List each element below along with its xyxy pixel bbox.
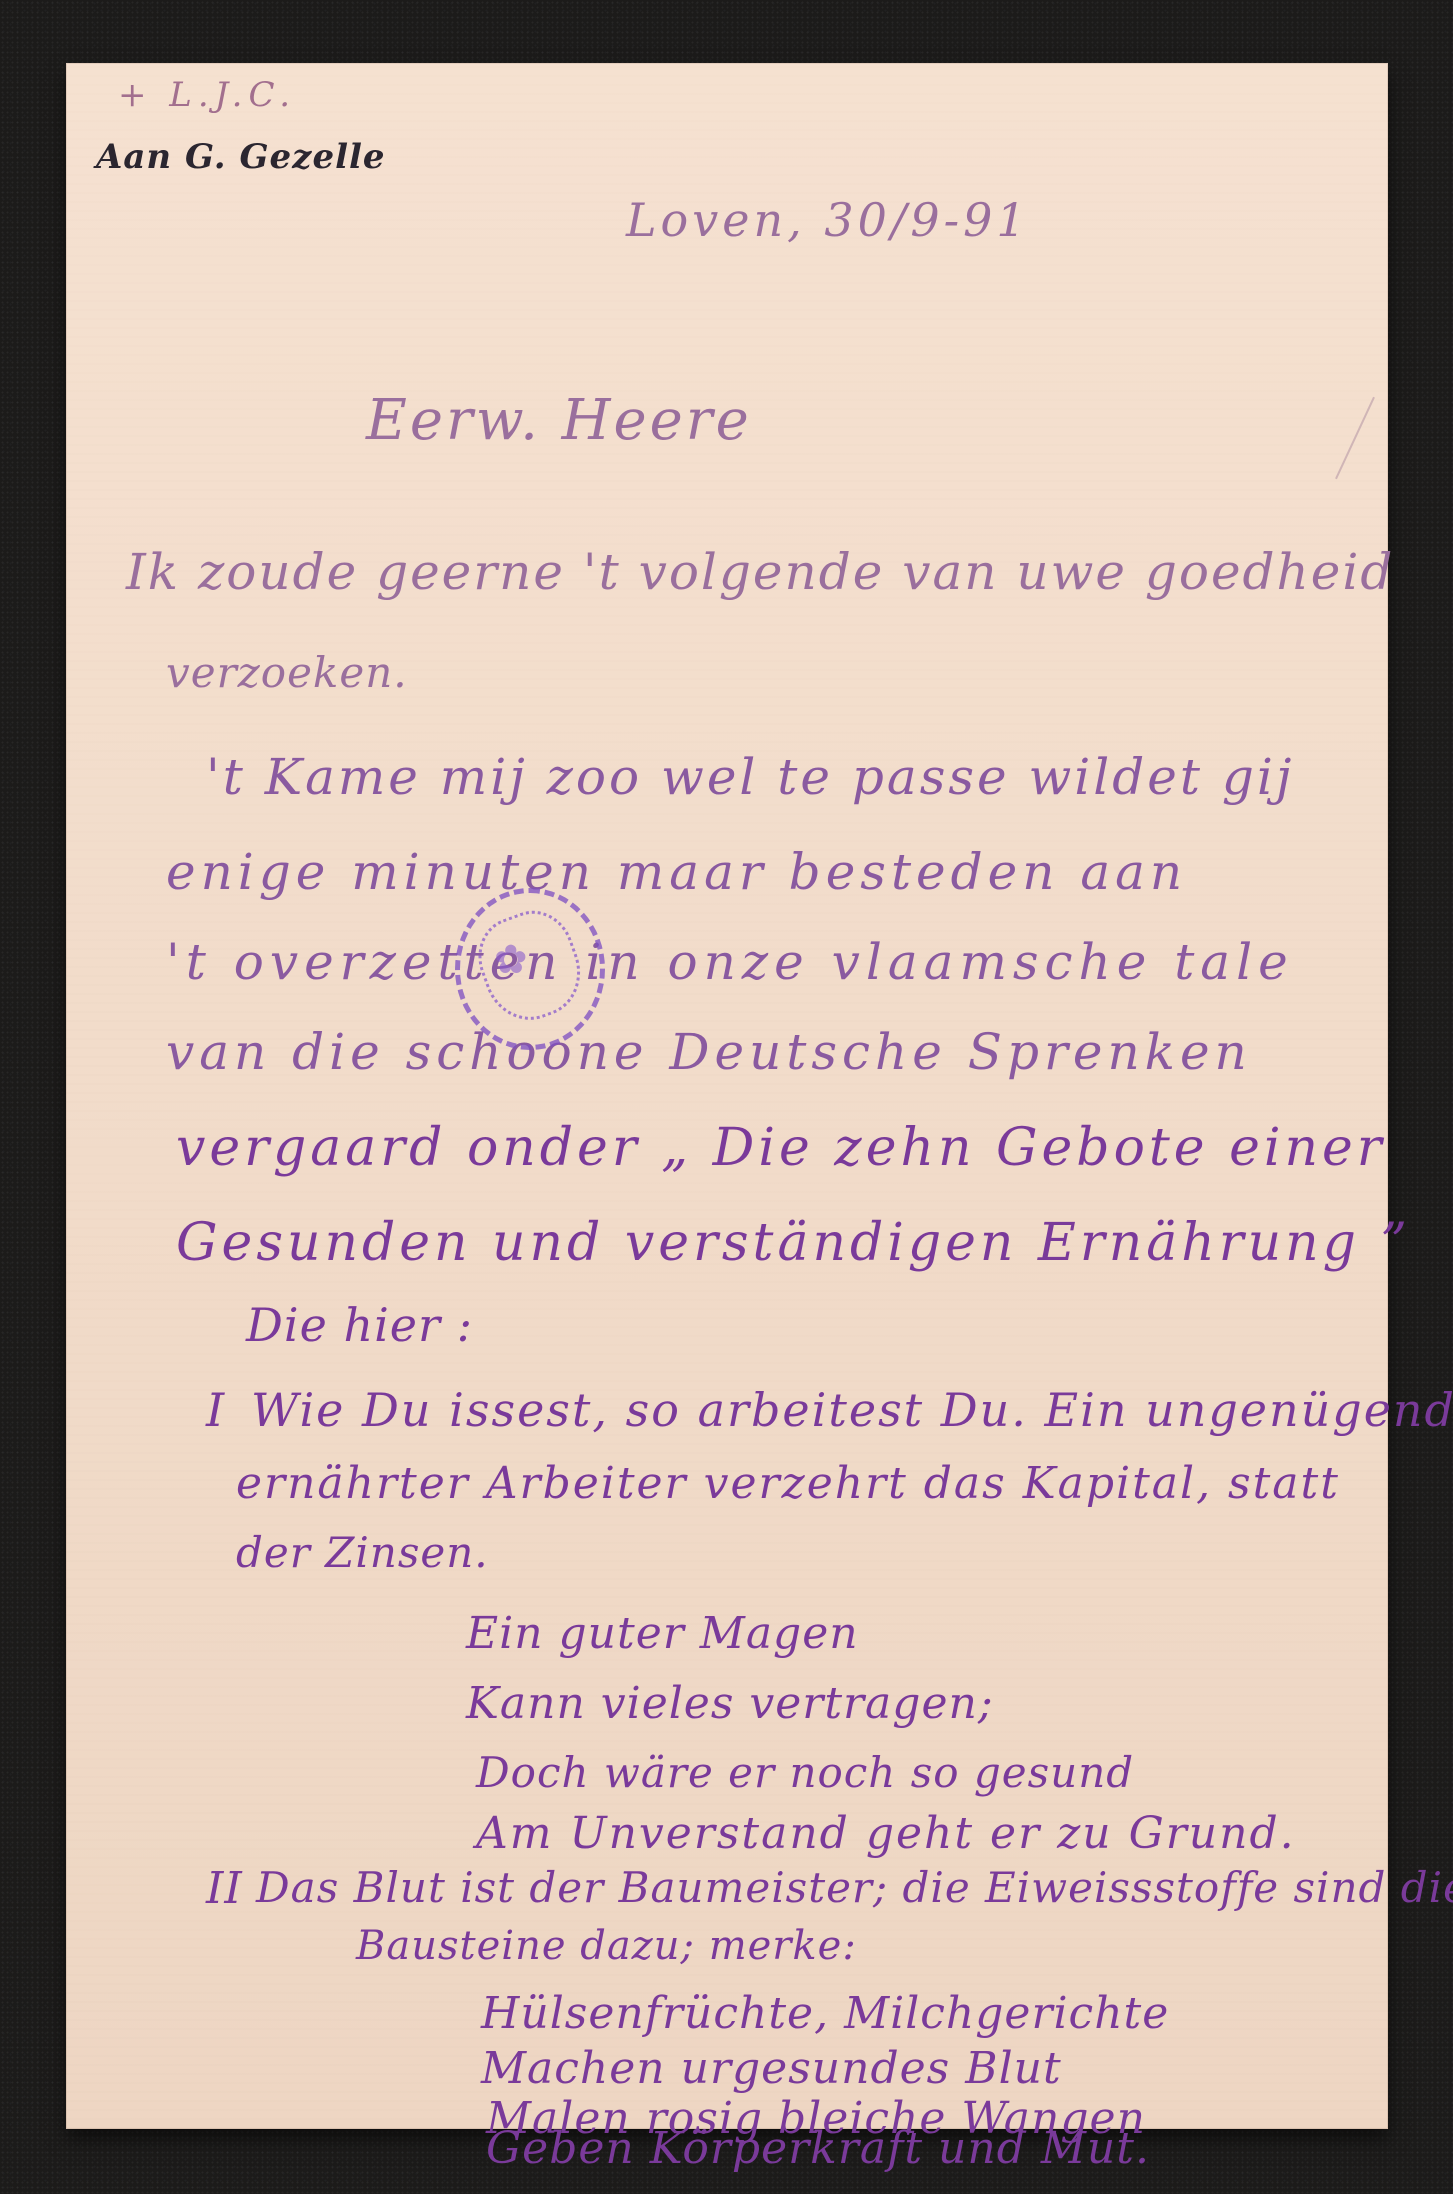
verse-1-line-1: Ein guter Magen [466,1608,859,1659]
body-line-6: van die schoone Deutsche Sprenken [166,1023,1252,1081]
stamp-emblem-icon [467,900,593,1032]
verse-2-line-4: Geben Körperkraft und Mut. [486,2123,1150,2174]
verse-2-line-1: Hülsenfrüchte, Milchgerichte [481,1988,1169,2039]
commandment-2-line-2: Bausteine dazu; merke: [356,1923,857,1969]
verse-1-line-2: Kann vieles vertragen; [466,1678,994,1729]
body-line-2: verzoeken. [166,648,408,697]
body-line-5: 't overzetten in onze vlaamsche tale [166,933,1294,991]
pencil-mark [1335,397,1375,479]
commandment-1-line-1: Wie Du issest, so arbeitest Du. Ein unge… [251,1383,1453,1437]
archive-annotation: Aan G. Gezelle [96,137,386,177]
commandment-numeral: I [206,1383,225,1437]
commandment-1-line-3: der Zinsen. [236,1528,489,1577]
stamp-monogram-icon: ✿ [494,937,528,983]
intro-line: Die hier : [246,1298,473,1352]
letter-sheet: + L.J.C. Aan G. Gezelle Loven, 30/9-91 E… [66,63,1388,2129]
commandment-numeral: II [206,1863,243,1914]
salutation: Eerw. Heere [366,388,752,453]
verse-2-line-2: Machen urgesundes Blut [481,2043,1062,2094]
pencil-annotation: + L.J.C. [118,75,296,115]
verse-1-line-3: Doch wäre er noch so gesund [476,1748,1134,1797]
library-stamp: ✿ [455,888,605,1050]
body-line-3: 't Kame mij zoo wel te passe wildet gij [206,748,1294,806]
body-line-8: Gesunden und verständigen Ernährung ” [176,1213,1411,1273]
body-line-4: enige minuten maar besteden aan [166,843,1187,901]
commandment-1-line-2: ernährter Arbeiter verzehrt das Kapital,… [236,1458,1340,1509]
body-line-1: Ik zoude geerne 't volgende van uwe goed… [126,543,1394,601]
body-line-7: vergaard onder „ Die zehn Gebote einer [176,1118,1386,1178]
verse-1-line-4: Am Unverstand geht er zu Grund. [476,1808,1296,1859]
place-date: Loven, 30/9-91 [626,193,1030,247]
commandment-2-line-1: Das Blut ist der Baumeister; die Eiweiss… [256,1863,1453,1912]
